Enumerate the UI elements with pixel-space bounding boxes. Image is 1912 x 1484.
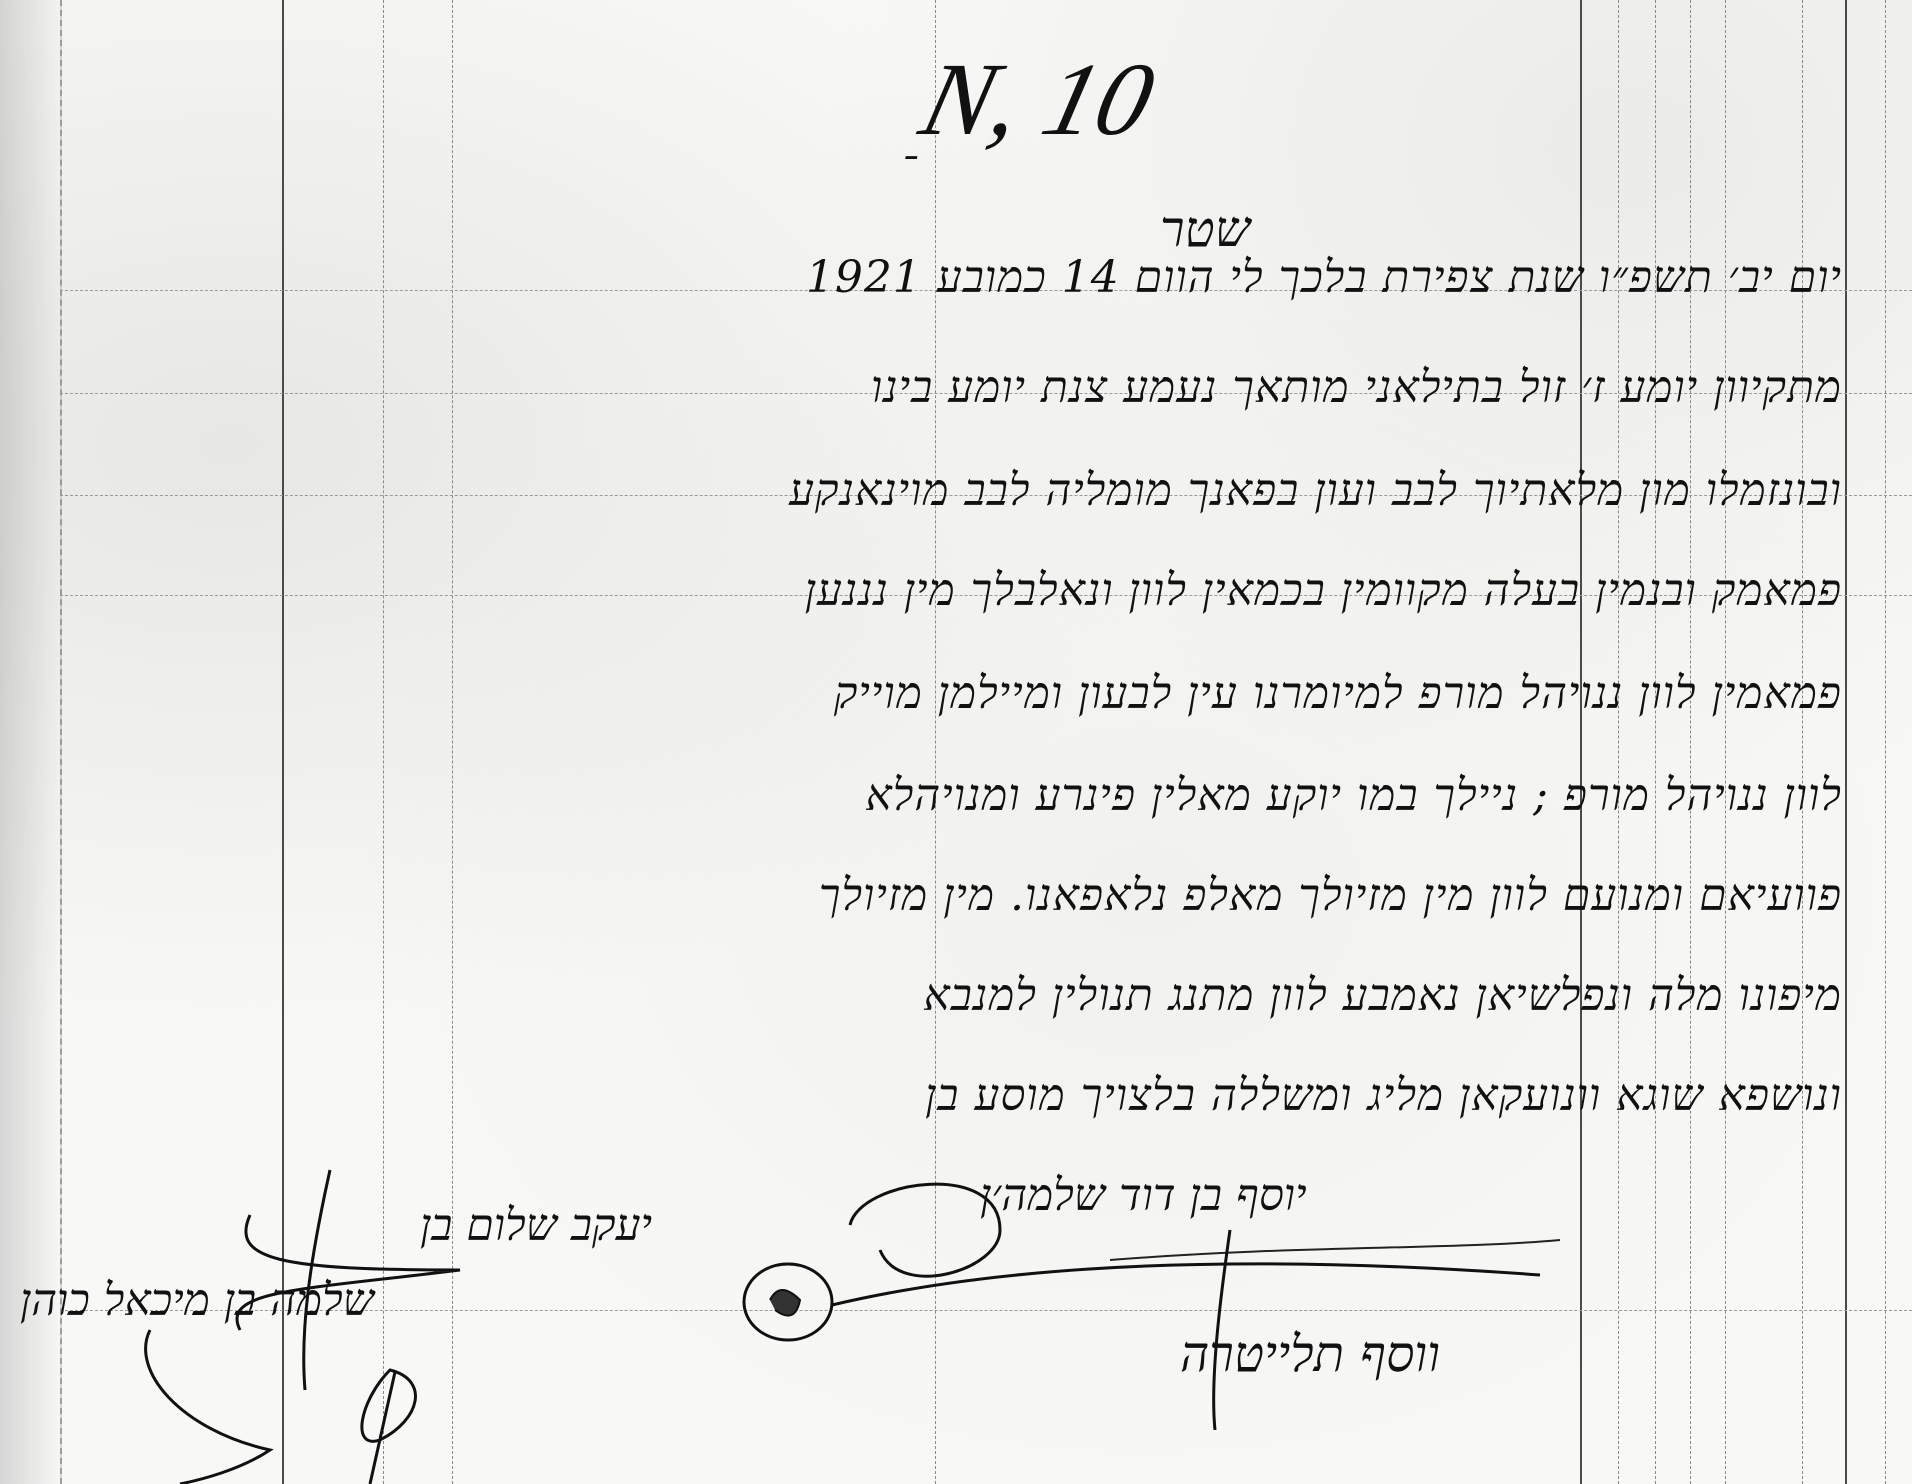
scanned-page: N, 10 ¯ שטר יום יב׳ תשפ״ו שנת צפירת בלכך… xyxy=(0,0,1912,1484)
signature-flourishes xyxy=(0,0,1912,1484)
